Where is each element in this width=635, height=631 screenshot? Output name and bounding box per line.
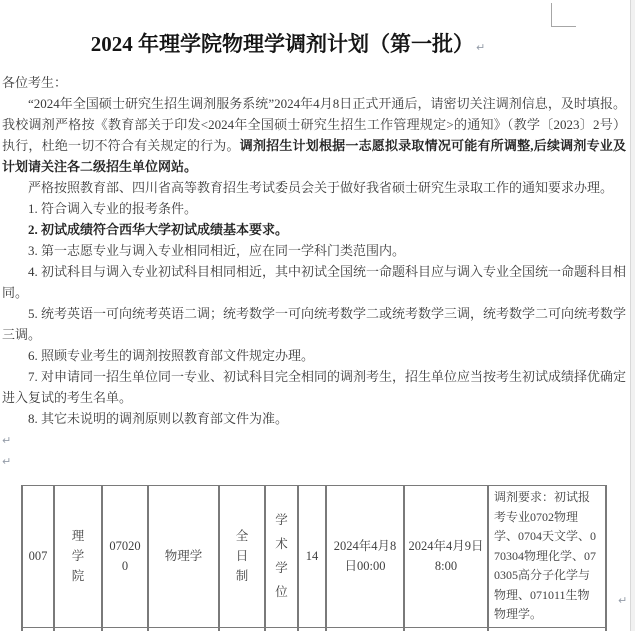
paragraph-mark-icon: ↵ xyxy=(618,594,627,607)
table-row: 007 理学院 070200 物理学 全日制 学术学位 14 2024年4月8日… xyxy=(22,486,606,628)
transfer-plan-table: 007 理学院 070200 物理学 全日制 学术学位 14 2024年4月8日… xyxy=(21,485,607,631)
rule-item-4: 4. 初试科目与调入专业初试科目相同相近，其中初试全国统一命题科目应与调入专业全… xyxy=(2,261,626,303)
document-body: 各位考生： “2024年全国硕士研究生招生调剂服务系统”2024年4月8日正式开… xyxy=(2,72,626,480)
cell-degree-type: 学术学位 xyxy=(265,486,298,628)
cell-unit-code: 007 xyxy=(22,486,54,628)
table-row-cutoff xyxy=(22,627,606,631)
rule-item-6: 6. 照顾专业考生的调剂按照教育部文件规定办理。 xyxy=(2,345,626,366)
cell-major-name: 物理学 xyxy=(148,486,219,628)
cell-close-time: 2024年4月9日8:00 xyxy=(404,486,488,628)
salutation: 各位考生： xyxy=(2,72,626,93)
document-title: 2024 年理学院物理学调剂计划（第一批）↵ xyxy=(0,28,576,58)
paragraph-policy: 严格按照教育部、四川省高等教育招生考试委员会关于做好我省硕士研究生录取工作的通知… xyxy=(2,177,626,198)
page-edge xyxy=(630,0,635,631)
text-boundary-corner-mark xyxy=(551,3,576,27)
paragraph-mark-icon: ↵ xyxy=(2,455,11,468)
empty-paragraph: ↵ xyxy=(2,429,626,450)
document-title-text: 2024 年理学院物理学调剂计划（第一批） xyxy=(91,32,474,56)
cell-quota: 14 xyxy=(298,486,326,628)
rule-item-2: 2. 初试成绩符合西华大学初试成绩基本要求。 xyxy=(2,219,626,240)
rule-item-8: 8. 其它未说明的调剂原则以教育部文件为准。 xyxy=(2,408,626,429)
cell-college: 理学院 xyxy=(54,486,102,628)
paragraph-mark-icon: ↵ xyxy=(2,434,11,447)
cell-requirements: 调剂要求：初试报考专业0702物理学、0704天文学、070304物理化学、07… xyxy=(488,486,606,628)
rule-item-1: 1. 符合调入专业的报考条件。 xyxy=(2,198,626,219)
rule-item-5: 5. 统考英语一可向统考英语二调；统考数学一可向统考数学二或统考数学三调，统考数… xyxy=(2,303,626,345)
cell-study-mode: 全日制 xyxy=(219,486,265,628)
cell-major-code: 070200 xyxy=(102,486,148,628)
document-page: 2024 年理学院物理学调剂计划（第一批）↵ 各位考生： “2024年全国硕士研… xyxy=(0,0,635,631)
cell-open-time: 2024年4月8日00:00 xyxy=(326,486,404,628)
empty-paragraph: ↵ xyxy=(2,450,626,471)
rule-item-3: 3. 第一志愿专业与调入专业相同相近，应在同一学科门类范围内。 xyxy=(2,240,626,261)
paragraph-mark-icon: ↵ xyxy=(476,41,485,54)
paragraph-notice: “2024年全国硕士研究生招生调剂服务系统”2024年4月8日正式开通后，请密切… xyxy=(2,93,626,177)
rule-item-7: 7. 对申请同一招生单位同一专业、初试科目完全相同的调剂考生，招生单位应当按考生… xyxy=(2,366,626,408)
